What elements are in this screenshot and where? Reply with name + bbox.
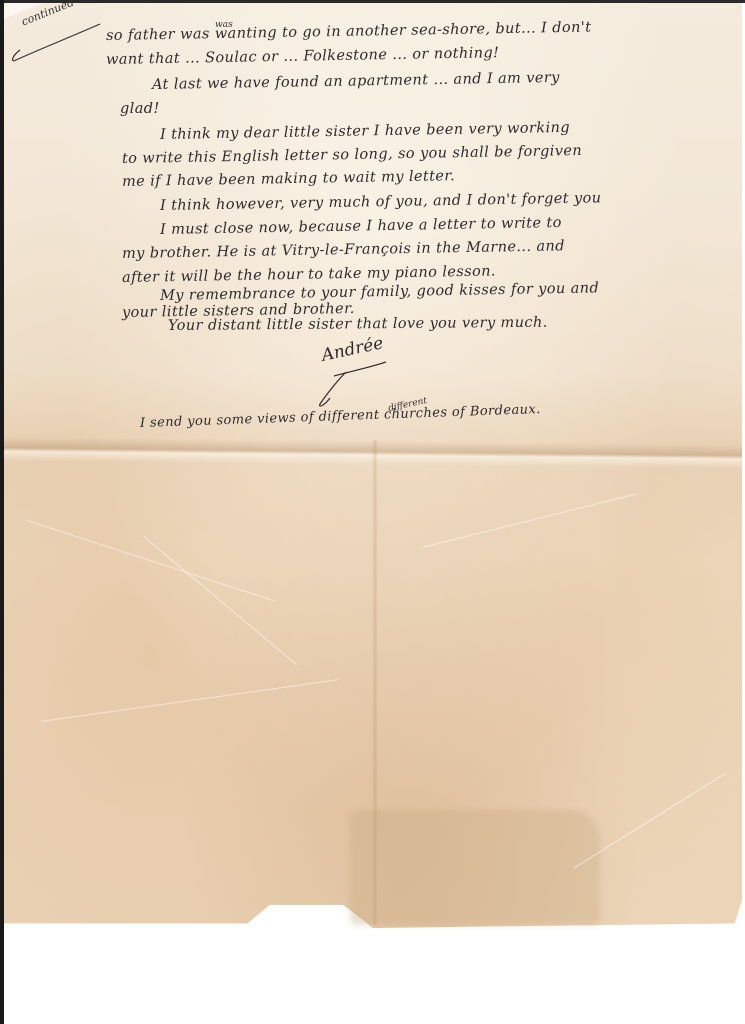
paper-stain: [350, 810, 600, 925]
letter-line-14: Your distant little sister that love you…: [168, 315, 548, 334]
scan-border-top: [0, 0, 745, 3]
letter-line-4: glad!: [120, 101, 160, 117]
scan-border-left: [0, 0, 4, 1024]
margin-swoosh-icon: [8, 20, 104, 65]
